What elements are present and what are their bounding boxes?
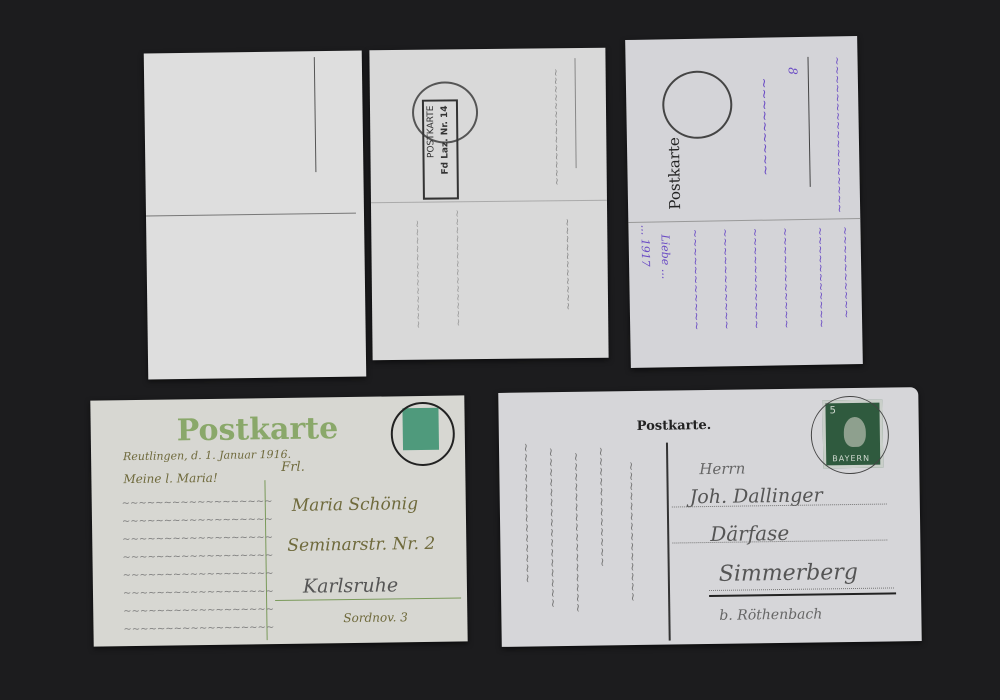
handwriting: ~~~~~~~~~~~: [561, 218, 573, 310]
stamp-divider-line: [314, 57, 317, 172]
handwriting-greeting: Liebe ...: [659, 234, 673, 279]
handwriting: ~~~~~~~~~~~~~: [411, 220, 423, 329]
handwriting: ~~~~~~~~~~: [838, 226, 853, 318]
postmark-circle: [390, 402, 455, 467]
feldpost-box-stamp: POSTKARTE Fd Laz. Nr. 14: [422, 99, 459, 199]
address-prefix: Herrn: [699, 460, 745, 479]
postkarte-label: Postkarte: [665, 137, 684, 210]
handwriting: ~~~~~~~~~~~~~~: [550, 68, 562, 185]
postkarte-label: Postkarte.: [637, 418, 712, 434]
handwriting-number: 8: [786, 67, 800, 75]
address-line: [574, 58, 576, 168]
handwriting: ~~~~~~~~~~~~~~: [624, 461, 640, 602]
stamp-line-1: POSTKARTE: [426, 106, 437, 159]
handwriting: ~~~~~~~~~~~: [718, 228, 733, 330]
message-body: ~~~~~~~~~~~~~~~~~~ ~~~~~~~~~~~~~~~~~~ ~~…: [122, 493, 264, 639]
handwriting: ~~~~~~~~~~~~~~: [519, 442, 535, 583]
postcard-feldpost: POSTKARTE Fd Laz. Nr. 14 ~~~~~~~~~~~~~~ …: [369, 48, 608, 360]
divider-line: [628, 218, 860, 223]
address-street: Seminarstr. Nr. 2: [287, 534, 435, 556]
address-extra: Sordnov. 3: [343, 610, 408, 625]
address-city: Simmerberg: [719, 560, 858, 587]
handwriting: ~~~~~~~~~~~: [778, 227, 793, 329]
handwriting-address: ~~~~~~~~~: [756, 78, 773, 176]
address-extra: b. Röthenbach: [719, 606, 822, 623]
address-city: Karlsruhe: [303, 574, 399, 597]
stamp-line-2: Fd Laz. Nr. 14: [440, 105, 451, 174]
address-line: [709, 587, 894, 591]
handwriting: ~~~~~~~~~~~: [813, 227, 828, 329]
divider-line: [666, 443, 671, 641]
postkarte-title: Postkarte: [176, 411, 338, 448]
city-underline: [275, 597, 461, 601]
address-prefix: Frl.: [281, 460, 305, 475]
postcard-blank: [144, 50, 367, 379]
handwriting: ~~~~~~~~~~~~: [594, 446, 610, 567]
handwriting-date: ... 1917: [638, 225, 652, 267]
postcard-purple-ink: Postkarte ~~~~~~~~~ 8 ~~~~~~~~~~~~~~~~~ …: [625, 36, 863, 368]
postcard-bayern: Postkarte. 5 BAYERN Herrn Joh. Dallinger…: [498, 387, 922, 647]
handwriting: ~~~~~~~~~~~: [688, 229, 703, 331]
address-name: Maria Schönig: [292, 494, 419, 516]
handwriting: ~~~~~~~~~~~~~~~~~: [830, 56, 846, 213]
postmark-circle: [662, 70, 733, 139]
handwriting: ~~~~~~~~~~~~~~~~: [544, 447, 560, 608]
handwriting: ~~~~~~~~~~~: [748, 228, 763, 330]
postcard-green-title: Postkarte Reutlingen, d. 1. Januar 1916.…: [90, 395, 467, 646]
handwriting: ~~~~~~~~~~~~~~~~: [569, 452, 585, 613]
address-line: [807, 57, 810, 187]
divider-line: [146, 213, 356, 217]
divider-line: [371, 200, 607, 203]
city-underline: [709, 592, 896, 597]
handwriting: ~~~~~~~~~~~~~~: [451, 209, 463, 326]
message-date: Reutlingen, d. 1. Januar 1916.: [123, 448, 291, 463]
message-greeting: Meine l. Maria!: [123, 471, 218, 486]
